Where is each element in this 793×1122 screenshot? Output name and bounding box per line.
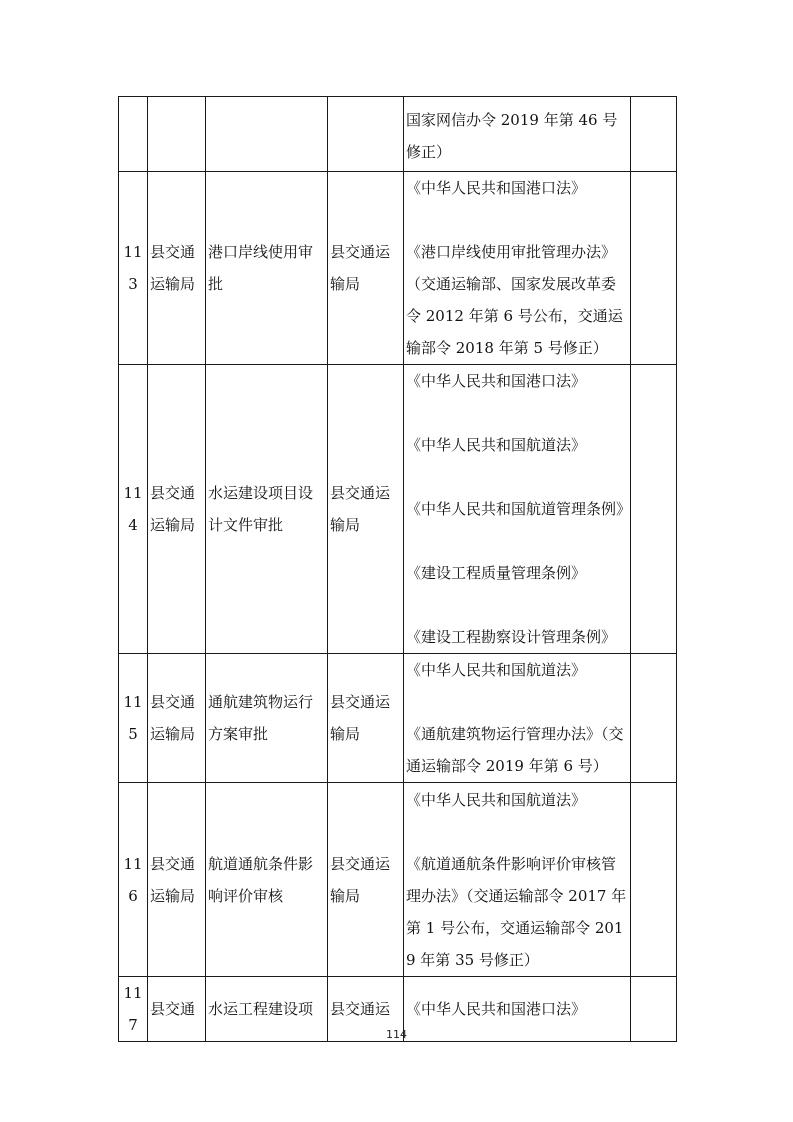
paragraph-gap	[406, 686, 628, 718]
table-row: 113县交通运输局港口岸线使用审批县交通运输局《中华人民共和国港口法》《港口岸线…	[119, 172, 677, 365]
implementing-agency-cell: 县交通运输局	[328, 172, 404, 365]
department-cell	[148, 97, 206, 172]
remarks-cell	[631, 654, 677, 783]
approval-item-cell	[206, 97, 328, 172]
paragraph-gap	[406, 525, 628, 557]
approval-item-cell: 航道通航条件影响评价审核	[206, 783, 328, 977]
legal-basis-text: 《中华人民共和国航道法》	[406, 784, 628, 816]
department-cell: 县交通运输局	[148, 172, 206, 365]
paragraph-gap	[406, 589, 628, 621]
remarks-cell	[631, 97, 677, 172]
approval-item-cell: 通航建筑物运行方案审批	[206, 654, 328, 783]
legal-basis-text: 《航道通航条件影响评价审核管理办法》（交通运输部令 2017 年第 1 号公布，…	[406, 848, 628, 976]
department-cell: 县交通运输局	[148, 654, 206, 783]
remarks-cell	[631, 365, 677, 654]
implementing-agency-cell: 县交通运输局	[328, 365, 404, 654]
approval-item-cell: 港口岸线使用审批	[206, 172, 328, 365]
row-number-cell: 115	[119, 654, 148, 783]
paragraph-gap	[406, 816, 628, 848]
legal-basis-text: 《中华人民共和国航道法》	[406, 654, 628, 686]
paragraph-gap	[406, 397, 628, 429]
legal-basis-text: 《通航建筑物运行管理办法》（交通运输部令 2019 年第 6 号）	[406, 718, 628, 782]
department-cell: 县交通运输局	[148, 783, 206, 977]
legal-basis-text: 《中华人民共和国航道法》	[406, 429, 628, 461]
legal-basis-cell: 《中华人民共和国航道法》《通航建筑物运行管理办法》（交通运输部令 2019 年第…	[404, 654, 631, 783]
legal-basis-text: 《建设工程勘察设计管理条例》	[406, 621, 628, 653]
legal-basis-cell: 《中华人民共和国港口法》《港口岸线使用审批管理办法》（交通运输部、国家发展改革委…	[404, 172, 631, 365]
table-row: 116县交通运输局航道通航条件影响评价审核县交通运输局《中华人民共和国航道法》《…	[119, 783, 677, 977]
row-number-cell: 116	[119, 783, 148, 977]
legal-basis-text: 《中华人民共和国港口法》	[406, 172, 628, 204]
table-row: 114县交通运输局水运建设项目设计文件审批县交通运输局《中华人民共和国港口法》《…	[119, 365, 677, 654]
legal-basis-text: 《中华人民共和国港口法》	[406, 993, 628, 1025]
legal-basis-text: 《港口岸线使用审批管理办法》（交通运输部、国家发展改革委令 2012 年第 6 …	[406, 236, 628, 364]
remarks-cell	[631, 783, 677, 977]
legal-basis-cell: 《中华人民共和国港口法》《中华人民共和国航道法》《中华人民共和国航道管理条例》《…	[404, 365, 631, 654]
department-cell: 县交通运输局	[148, 365, 206, 654]
legal-basis-text: 《中华人民共和国航道管理条例》	[406, 493, 628, 525]
paragraph-gap	[406, 204, 628, 236]
implementing-agency-cell: 县交通运输局	[328, 783, 404, 977]
implementing-agency-cell: 县交通运输局	[328, 654, 404, 783]
paragraph-gap	[406, 461, 628, 493]
legal-basis-text: 《中华人民共和国港口法》	[406, 365, 628, 397]
approval-item-cell: 水运建设项目设计文件审批	[206, 365, 328, 654]
table-row: 115县交通运输局通航建筑物运行方案审批县交通运输局《中华人民共和国航道法》《通…	[119, 654, 677, 783]
remarks-cell	[631, 172, 677, 365]
row-number-cell	[119, 97, 148, 172]
legal-basis-cell: 《中华人民共和国航道法》《航道通航条件影响评价审核管理办法》（交通运输部令 20…	[404, 783, 631, 977]
legal-basis-text: 《建设工程质量管理条例》	[406, 557, 628, 589]
legal-basis-text: 国家网信办令 2019 年第 46 号修正）	[406, 104, 628, 168]
table-row: 国家网信办令 2019 年第 46 号修正）	[119, 97, 677, 172]
document-page: 国家网信办令 2019 年第 46 号修正）113县交通运输局港口岸线使用审批县…	[0, 0, 793, 1122]
implementing-agency-cell	[328, 97, 404, 172]
approval-items-table: 国家网信办令 2019 年第 46 号修正）113县交通运输局港口岸线使用审批县…	[118, 96, 677, 1042]
row-number-cell: 113	[119, 172, 148, 365]
page-number: 114	[0, 1028, 793, 1041]
legal-basis-cell: 国家网信办令 2019 年第 46 号修正）	[404, 97, 631, 172]
row-number-cell: 114	[119, 365, 148, 654]
